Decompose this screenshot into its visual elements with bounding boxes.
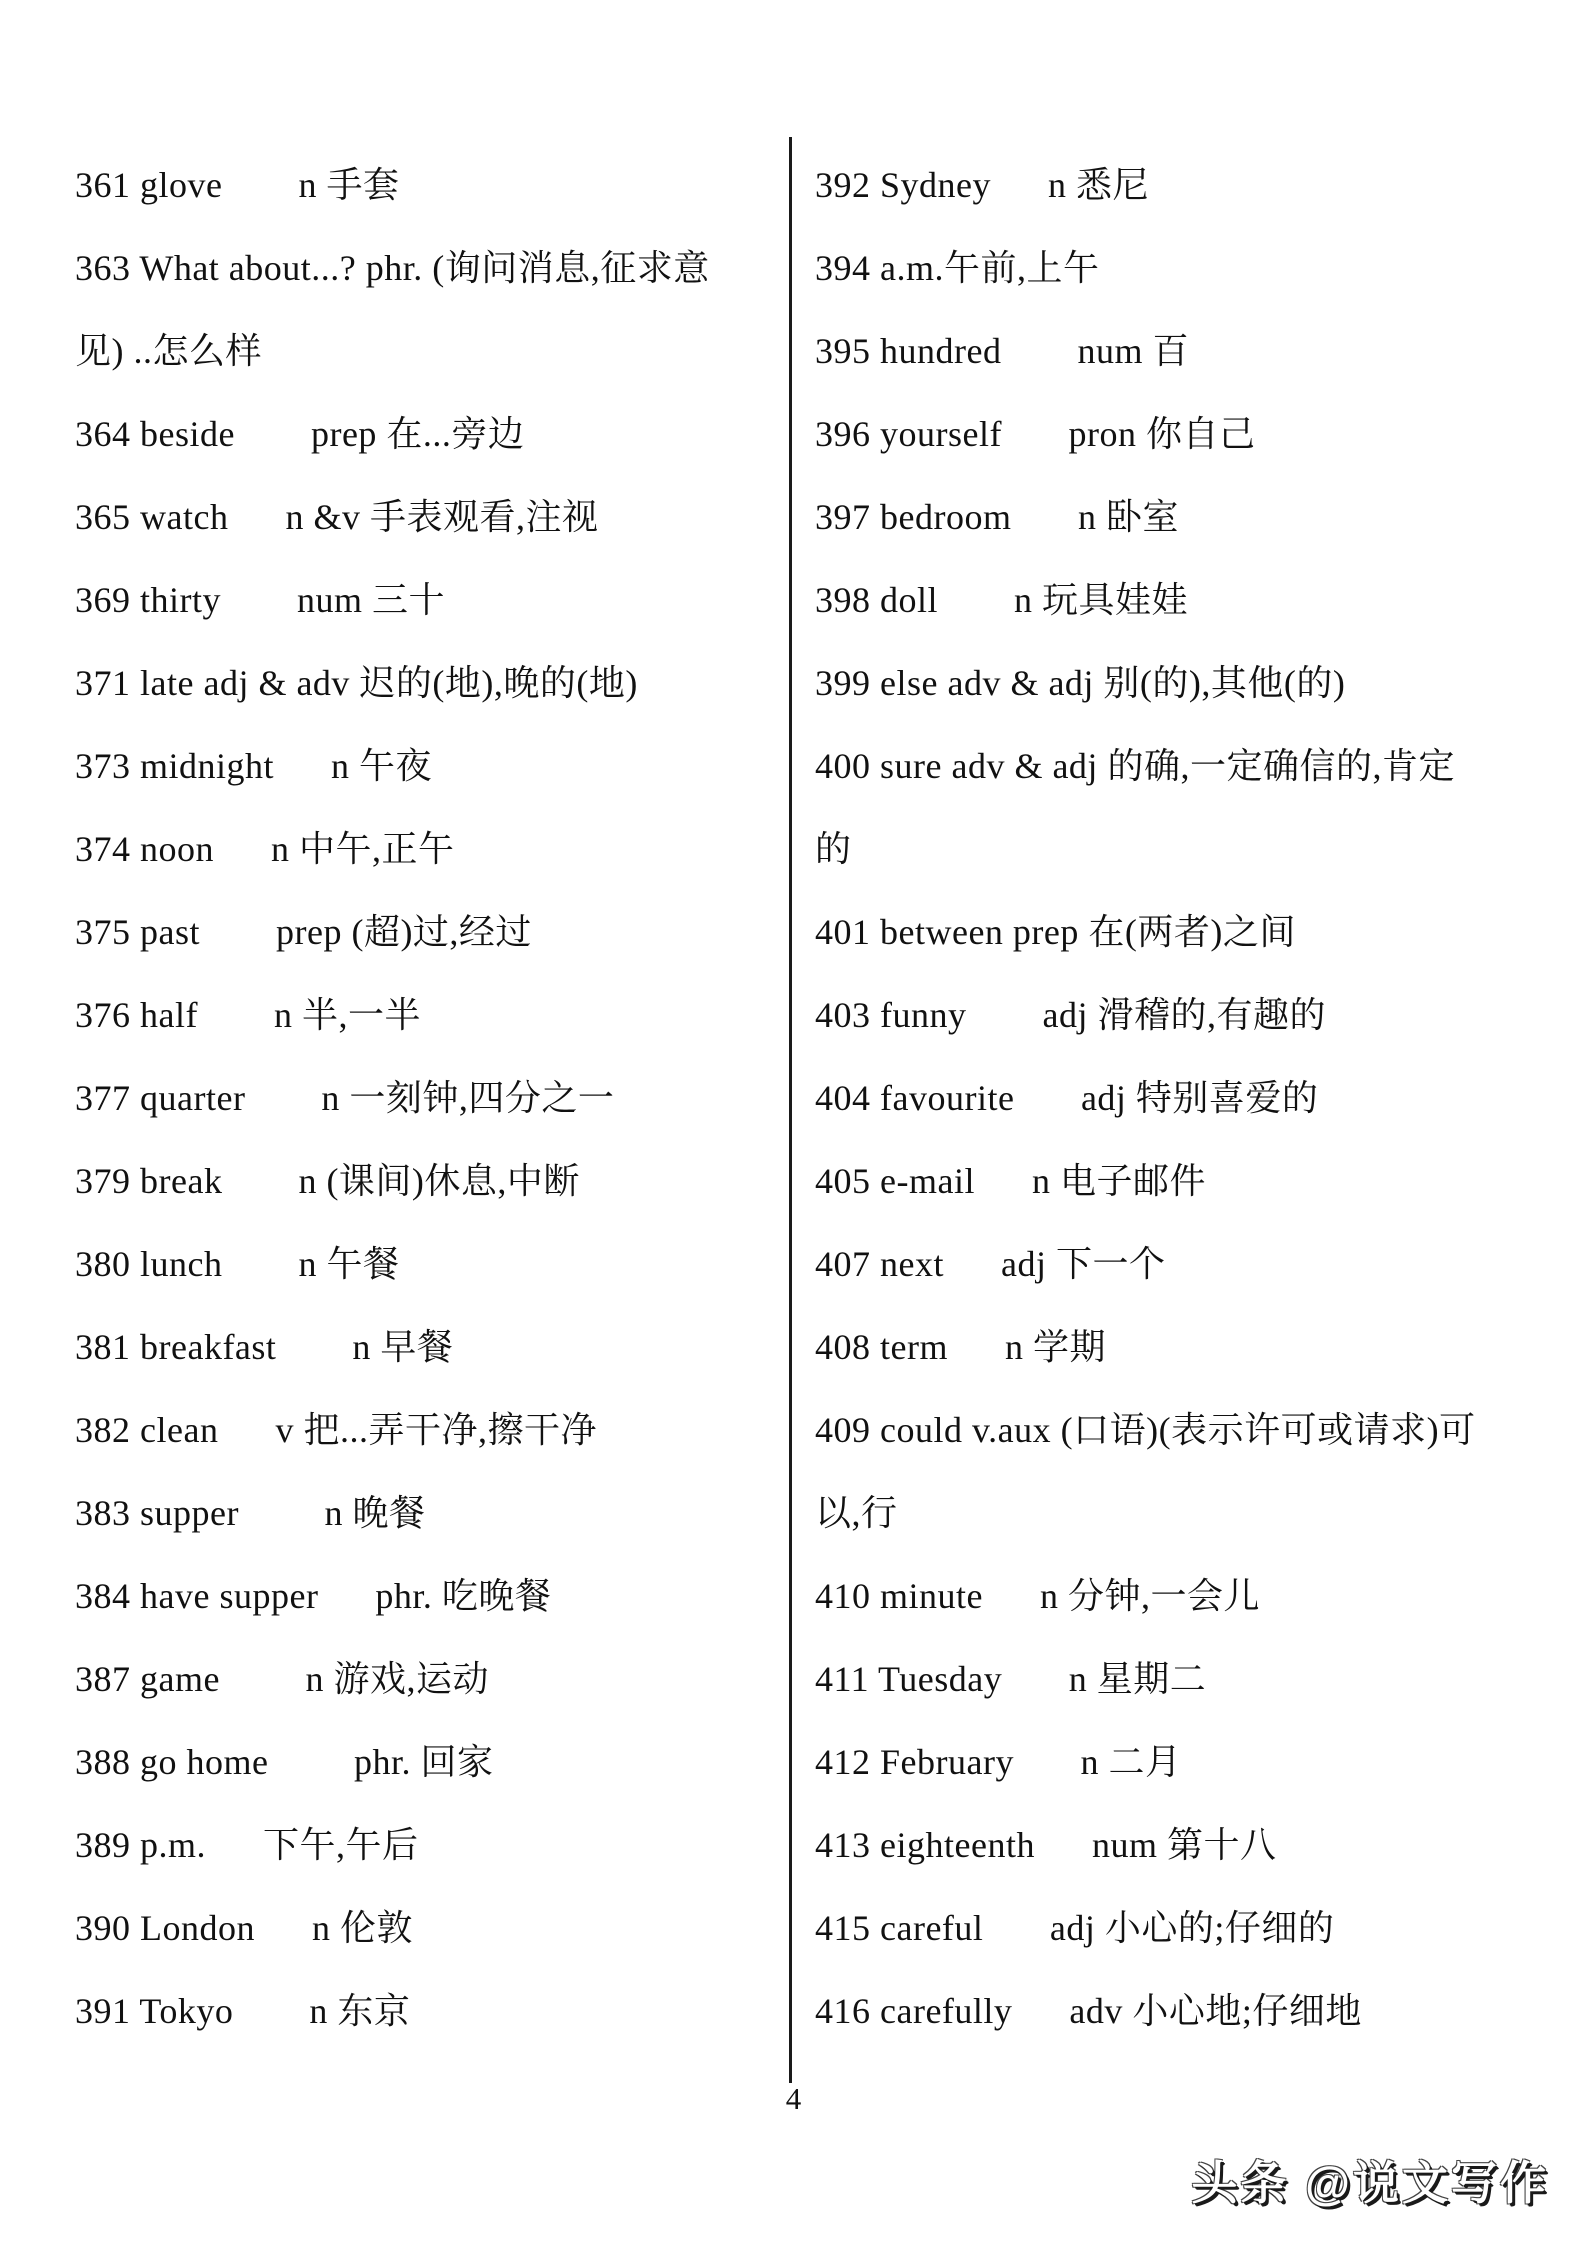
vocab-line: 403 funny adj 滑稽的,有趣的 <box>815 974 1560 1057</box>
vocab-line: 408 term n 学期 <box>815 1306 1560 1389</box>
vocab-line: 371 late adj & adv 迟的(地),晚的(地) <box>75 642 785 725</box>
vocab-line: 390 London n 伦敦 <box>75 1887 785 1970</box>
vocab-line: 412 February n 二月 <box>815 1721 1560 1804</box>
vocab-line: 364 beside prep 在...旁边 <box>75 393 785 476</box>
vocab-line: 410 minute n 分钟,一会儿 <box>815 1555 1560 1638</box>
vocab-line: 376 half n 半,一半 <box>75 974 785 1057</box>
vocab-line: 361 glove n 手套 <box>75 144 785 227</box>
vocab-line: 416 carefully adv 小心地;仔细地 <box>815 1970 1560 2053</box>
vocab-line: 411 Tuesday n 星期二 <box>815 1638 1560 1721</box>
vocab-line: 379 break n (课间)休息,中断 <box>75 1140 785 1223</box>
left-column: 361 glove n 手套363 What about...? phr. (询… <box>75 144 785 2053</box>
watermark-toutiao: 头条 @说文写作 <box>1191 2153 1549 2213</box>
vocab-line: 的 <box>815 808 1560 891</box>
vocab-line: 373 midnight n 午夜 <box>75 725 785 808</box>
vocab-line: 387 game n 游戏,运动 <box>75 1638 785 1721</box>
vocab-line: 389 p.m. 下午,午后 <box>75 1804 785 1887</box>
vocab-line: 388 go home phr. 回家 <box>75 1721 785 1804</box>
right-column: 392 Sydney n 悉尼394 a.m.午前,上午395 hundred … <box>815 144 1560 2053</box>
vocab-line: 377 quarter n 一刻钟,四分之一 <box>75 1057 785 1140</box>
vocab-line: 369 thirty num 三十 <box>75 559 785 642</box>
vocab-line: 384 have supper phr. 吃晚餐 <box>75 1555 785 1638</box>
vocab-line: 413 eighteenth num 第十八 <box>815 1804 1560 1887</box>
vocab-line: 404 favourite adj 特别喜爱的 <box>815 1057 1560 1140</box>
vocab-line: 375 past prep (超)过,经过 <box>75 891 785 974</box>
vocab-line: 365 watch n &v 手表观看,注视 <box>75 476 785 559</box>
vocab-line: 381 breakfast n 早餐 <box>75 1306 785 1389</box>
vocab-line: 392 Sydney n 悉尼 <box>815 144 1560 227</box>
vocab-line: 407 next adj 下一个 <box>815 1223 1560 1306</box>
vocab-line: 394 a.m.午前,上午 <box>815 227 1560 310</box>
vocab-line: 380 lunch n 午餐 <box>75 1223 785 1306</box>
vocab-line: 383 supper n 晚餐 <box>75 1472 785 1555</box>
vocab-line: 398 doll n 玩具娃娃 <box>815 559 1560 642</box>
vocab-line: 409 could v.aux (口语)(表示许可或请求)可 <box>815 1389 1560 1472</box>
vocab-line: 415 careful adj 小心的;仔细的 <box>815 1887 1560 1970</box>
column-divider-line <box>789 137 792 2083</box>
vocab-line: 见) ..怎么样 <box>75 310 785 393</box>
vocab-line: 391 Tokyo n 东京 <box>75 1970 785 2053</box>
vocab-line: 363 What about...? phr. (询问消息,征求意 <box>75 227 785 310</box>
document-page: 361 glove n 手套363 What about...? phr. (询… <box>0 0 1587 2245</box>
vocab-line: 395 hundred num 百 <box>815 310 1560 393</box>
vocab-line: 374 noon n 中午,正午 <box>75 808 785 891</box>
vocab-line: 397 bedroom n 卧室 <box>815 476 1560 559</box>
vocab-line: 400 sure adv & adj 的确,一定确信的,肯定 <box>815 725 1560 808</box>
vocab-line: 382 clean v 把...弄干净,擦干净 <box>75 1389 785 1472</box>
vocab-line: 以,行 <box>815 1472 1560 1555</box>
vocab-line: 401 between prep 在(两者)之间 <box>815 891 1560 974</box>
page-number: 4 <box>0 2082 1587 2116</box>
vocab-line: 396 yourself pron 你自己 <box>815 393 1560 476</box>
vocab-line: 399 else adv & adj 别(的),其他(的) <box>815 642 1560 725</box>
vocab-line: 405 e-mail n 电子邮件 <box>815 1140 1560 1223</box>
